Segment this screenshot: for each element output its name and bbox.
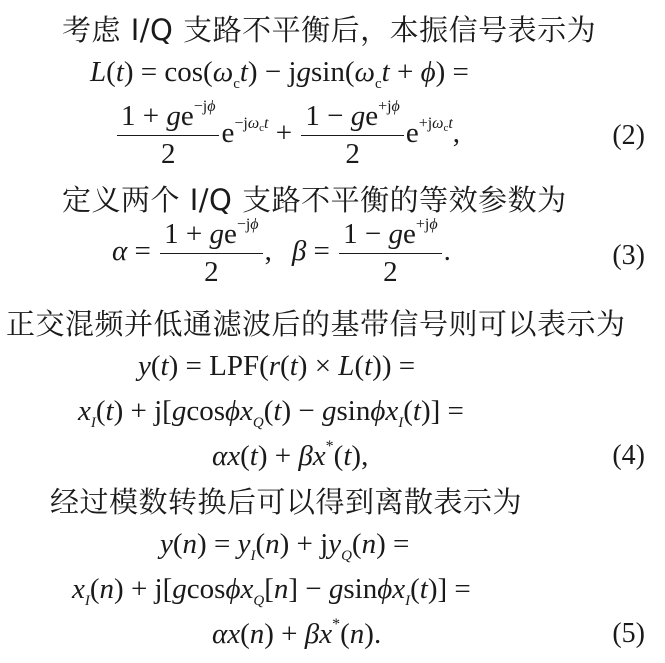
equation-4-line-2: xI(t) + j[gcosϕxQ(t) − gsinϕxI(t)] = [78,395,464,428]
paragraph-imbalance-params-intro: 定义两个 I/Q 支路不平衡的等效参数为 [62,178,567,219]
equation-5-line-3: αx(n) + βx*(n). [212,618,381,651]
equation-4-line-3: αx(t) + βx*(t), [212,440,368,473]
equation-2-line-2: 1 + ge−jϕ 2 e−jωct + 1 − ge+jϕ 2 e+jωct, [115,100,460,171]
fraction-beta-term: 1 − ge+jϕ 2 [301,100,403,171]
equation-number-2: (2) [612,120,645,152]
equation-5-line-1: y(n) = yI(n) + jyQ(n) = [160,528,409,561]
equation-4-line-1: y(t) = LPF(r(t) × L(t)) = [138,350,415,383]
fraction-beta: 1 − ge+jϕ 2 [339,218,441,289]
fraction-alpha: 1 + ge−jϕ 2 [160,218,262,289]
equation-3: α = 1 + ge−jϕ 2 ,β = 1 − ge+jϕ 2 . [112,218,451,289]
equation-2-line-1: L(t) = cos(ωct) − jgsin(ωct + ϕ) = [90,56,469,89]
paragraph-discrete-intro: 经过模数转换后可以得到离散表示为 [50,480,522,521]
equation-5-line-2: xI(n) + j[gcosϕxQ[n] − gsinϕxI(t)] = [72,573,471,606]
paragraph-lo-signal-intro: 考虑 I/Q 支路不平衡后，本振信号表示为 [62,8,596,49]
equation-number-5: (5) [612,618,645,650]
fraction-alpha-term: 1 + ge−jϕ 2 [117,100,219,171]
equation-number-3: (3) [612,240,645,272]
paragraph-baseband-intro: 正交混频并低通滤波后的基带信号则可以表示为 [6,302,626,343]
equation-number-4: (4) [612,440,645,472]
